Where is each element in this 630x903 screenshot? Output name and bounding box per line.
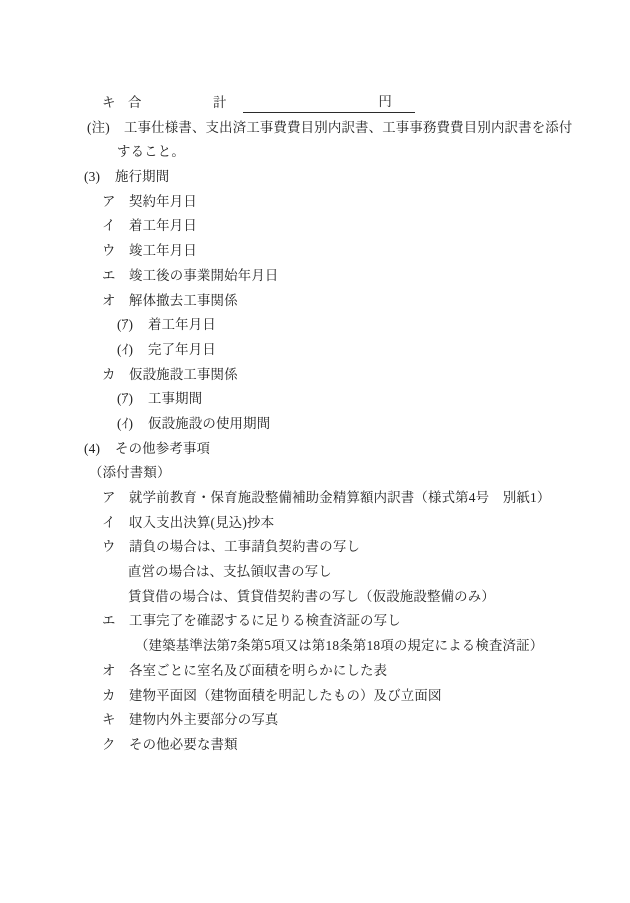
item-text: 解体撤去工事関係 xyxy=(129,293,238,308)
item-text: 工事完了を確認するに足りる検査済証の写し xyxy=(129,613,401,628)
item-label: キ xyxy=(102,91,116,116)
item-label: カ xyxy=(102,684,129,709)
continuation-text: 直営の場合は、支払領収書の写し xyxy=(128,564,332,579)
subitem-text: 着工年月日 xyxy=(148,317,216,332)
line-attachment-room-area-table: オ各室ごとに室名及び面積を明らかにした表 xyxy=(0,659,630,684)
section-number: (4) xyxy=(84,437,115,462)
item-label: エ xyxy=(102,609,129,634)
line-subitem-temporary-facility-usage-period: (ｲ)仮設施設の使用期間 xyxy=(0,412,630,437)
line-note: (注)工事仕様書、支出済工事費費目別内訳書、工事事務費費目別内訳書を添付 xyxy=(0,116,630,141)
item-label: ク xyxy=(102,733,129,758)
attachments-heading-text: （添付書類） xyxy=(89,465,171,480)
item-text: 請負の場合は、工事請負契約書の写し xyxy=(129,539,360,554)
subitem-text: 完了年月日 xyxy=(148,342,216,357)
item-text: 仮設施設工事関係 xyxy=(129,367,238,382)
item-label: ウ xyxy=(102,239,129,264)
line-item-contract-date: ア契約年月日 xyxy=(0,190,630,215)
item-text: 竣工年月日 xyxy=(129,243,197,258)
currency-unit: 円 xyxy=(378,94,392,109)
line-subitem-construction-period: (ｱ)工事期間 xyxy=(0,387,630,412)
item-text: 各室ごとに室名及び面積を明らかにした表 xyxy=(129,663,387,678)
item-text: 収入支出決算(見込)抄本 xyxy=(129,515,274,530)
amount-fill-in-blank: 円 xyxy=(243,92,415,113)
line-total-sum: キ 合 計 円 xyxy=(0,91,630,116)
item-text: 契約年月日 xyxy=(129,194,197,209)
line-attachment-other-documents: クその他必要な書類 xyxy=(0,733,630,758)
line-note-continuation: すること。 xyxy=(0,140,630,165)
item-label: エ xyxy=(102,264,129,289)
subitem-label: (ｲ) xyxy=(117,338,148,363)
item-label: オ xyxy=(102,659,129,684)
item-text: 就学前教育・保育施設整備補助金精算額内訳書（様式第4号 別紙1） xyxy=(129,490,551,505)
total-text-right: 計 xyxy=(213,91,227,116)
section-title: 施行期間 xyxy=(115,169,169,184)
item-label: イ xyxy=(102,511,129,536)
line-attachment-inspection-certificate: エ工事完了を確認するに足りる検査済証の写し xyxy=(0,609,630,634)
continuation-text: 賃貸借の場合は、賃貸借契約書の写し（仮設施設整備のみ） xyxy=(128,589,495,604)
line-attachment-contract-copy: ウ請負の場合は、工事請負契約書の写し xyxy=(0,535,630,560)
item-label: キ xyxy=(102,708,129,733)
item-label: イ xyxy=(102,214,129,239)
subitem-text: 工事期間 xyxy=(148,391,202,406)
subitem-label: (ｱ) xyxy=(117,387,148,412)
item-label: ウ xyxy=(102,535,129,560)
line-continuation-lease: 賃貸借の場合は、賃貸借契約書の写し（仮設施設整備のみ） xyxy=(0,585,630,610)
line-attachment-statement-of-subsidy: ア就学前教育・保育施設整備補助金精算額内訳書（様式第4号 別紙1） xyxy=(0,486,630,511)
line-section-3-construction-period: (3)施行期間 xyxy=(0,165,630,190)
total-text-left: 合 xyxy=(128,91,142,116)
item-text: 建物内外主要部分の写真 xyxy=(129,712,279,727)
line-continuation-building-standards-act: （建築基準法第7条第5項又は第18条第18項の規定による検査済証） xyxy=(0,634,630,659)
subitem-text: 仮設施設の使用期間 xyxy=(148,416,270,431)
document-body: キ 合 計 円 (注)工事仕様書、支出済工事費費目別内訳書、工事事務費費目別内訳… xyxy=(0,91,630,758)
line-item-business-start-date: エ竣工後の事業開始年月日 xyxy=(0,264,630,289)
item-text: 建物平面図（建物面積を明記したもの）及び立面図 xyxy=(129,688,442,703)
section-title: その他参考事項 xyxy=(115,441,210,456)
continuation-text: （建築基準法第7条第5項又は第18条第18項の規定による検査済証） xyxy=(135,638,543,653)
line-item-start-date: イ着工年月日 xyxy=(0,214,630,239)
line-continuation-direct-management: 直営の場合は、支払領収書の写し xyxy=(0,560,630,585)
note-label: (注) xyxy=(87,116,124,141)
line-item-temporary-facility-works: カ仮設施設工事関係 xyxy=(0,363,630,388)
subitem-label: (ｲ) xyxy=(117,412,148,437)
item-text: その他必要な書類 xyxy=(129,737,238,752)
item-text: 竣工後の事業開始年月日 xyxy=(129,268,279,283)
note-continuation-text: すること。 xyxy=(117,144,185,159)
note-text: 工事仕様書、支出済工事費費目別内訳書、工事事務費費目別内訳書を添付 xyxy=(124,120,573,135)
item-label: カ xyxy=(102,363,129,388)
line-attachments-heading: （添付書類） xyxy=(0,461,630,486)
line-item-demolition-works: オ解体撤去工事関係 xyxy=(0,289,630,314)
section-number: (3) xyxy=(84,165,115,190)
subitem-label: (ｱ) xyxy=(117,313,148,338)
line-subitem-demolition-start-date: (ｱ)着工年月日 xyxy=(0,313,630,338)
line-item-completion-date: ウ竣工年月日 xyxy=(0,239,630,264)
item-label: オ xyxy=(102,289,129,314)
line-subitem-demolition-completion-date: (ｲ)完了年月日 xyxy=(0,338,630,363)
line-attachment-building-photos: キ建物内外主要部分の写真 xyxy=(0,708,630,733)
document-page: キ 合 計 円 (注)工事仕様書、支出済工事費費目別内訳書、工事事務費費目別内訳… xyxy=(0,0,630,903)
line-attachment-income-expenditure-extract: イ収入支出決算(見込)抄本 xyxy=(0,511,630,536)
item-label: ア xyxy=(102,190,129,215)
item-label: ア xyxy=(102,486,129,511)
line-section-4-other-reference: (4)その他参考事項 xyxy=(0,437,630,462)
line-attachment-floor-plan: カ建物平面図（建物面積を明記したもの）及び立面図 xyxy=(0,684,630,709)
item-text: 着工年月日 xyxy=(129,218,197,233)
